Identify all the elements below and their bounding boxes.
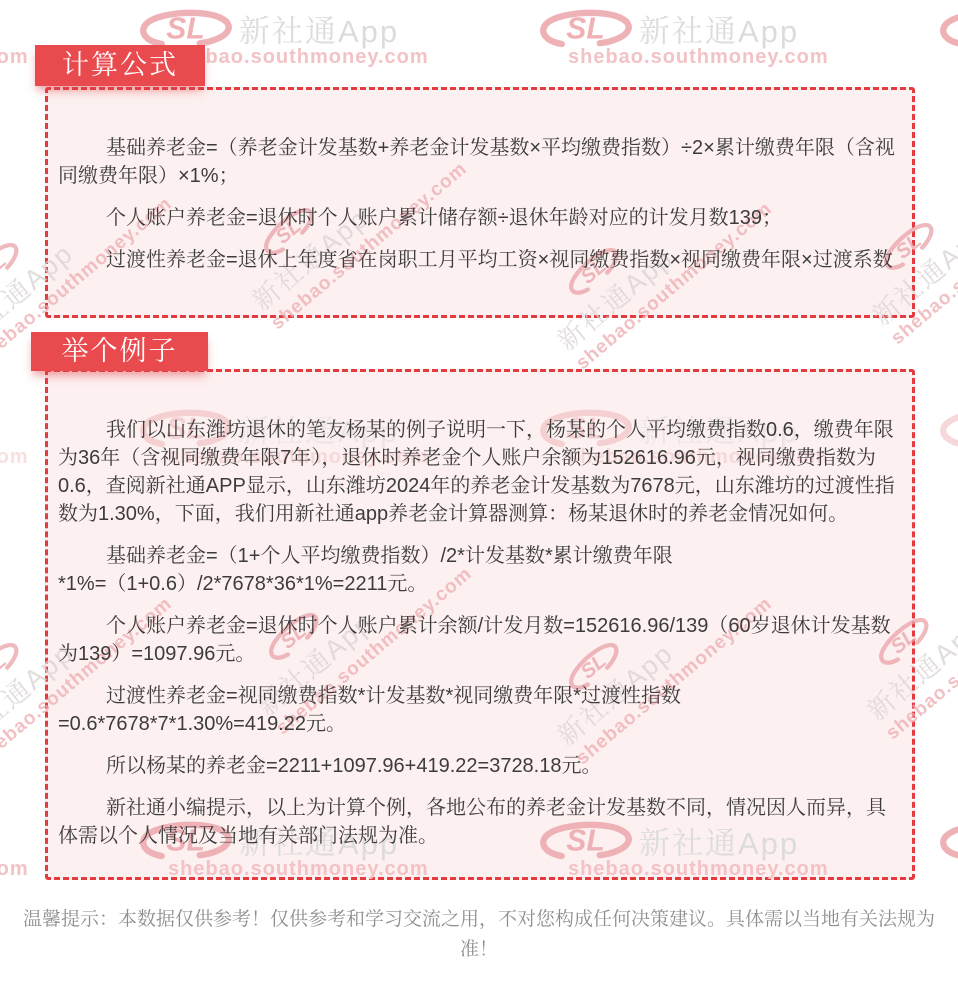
- example-transitional-calc: 过渡性养老金=视同缴费指数*计发基数*视同缴费年限*过渡性指数 =0.6*767…: [58, 682, 902, 738]
- section-badge-example: 举个例子: [31, 332, 208, 371]
- formula-box: 基础养老金=（养老金计发基数+养老金计发基数×平均缴费指数）÷2×累计缴费年限（…: [45, 87, 915, 318]
- brand-logo-icon: SL: [938, 409, 958, 449]
- watermark-brand-text: 新社通App: [639, 6, 799, 51]
- watermark-url-text: shebao.southmoney.com: [0, 446, 48, 469]
- watermark-horizontal: SL新社通Appshebao.southmoney.com: [0, 406, 48, 469]
- formula-transitional: 过渡性养老金=退休上年度省在岗职工月平均工资×视同缴费指数×视同缴费年限×过渡系…: [58, 246, 902, 274]
- brand-logo-icon: SL: [138, 9, 233, 49]
- watermark-horizontal: SL新社通Appshebao.southmoney.com: [0, 818, 48, 881]
- brand-logo-icon: SL: [0, 236, 27, 298]
- example-intro: 我们以山东潍坊退休的笔友杨某的例子说明一下，杨某的个人平均缴费指数0.6，缴费年…: [58, 416, 902, 528]
- brand-logo-letters: SL: [0, 650, 11, 683]
- example-personal-account-calc: 个人账户养老金=退休时个人账户累计余额/计发月数=152616.96/139（6…: [58, 612, 902, 668]
- example-editor-note: 新社通小编提示，以上为计算个例，各地公布的养老金计发基数不同，情况因人而异，具体…: [58, 794, 902, 850]
- brand-logo-letters: SL: [166, 12, 204, 45]
- section-badge-formula: 计算公式: [35, 45, 205, 86]
- watermark-url-text: shebao.southmoney.com: [0, 858, 48, 881]
- formula-basic-pension: 基础养老金=（养老金计发基数+养老金计发基数×平均缴费指数）÷2×累计缴费年限（…: [58, 134, 902, 190]
- brand-logo-letters: SL: [566, 12, 604, 45]
- brand-logo-icon: SL: [0, 636, 27, 698]
- pension-article-page: SL新社通Appshebao.southmoney.comSL新社通Appshe…: [0, 0, 958, 993]
- example-box: 我们以山东潍坊退休的笔友杨某的例子说明一下，杨某的个人平均缴费指数0.6，缴费年…: [45, 369, 915, 880]
- brand-logo-icon: SL: [938, 9, 958, 49]
- watermark-url-text: shebao.southmoney.com: [568, 46, 848, 69]
- formula-personal-account: 个人账户养老金=退休时个人账户累计储存额÷退休年龄对应的计发月数139；: [58, 204, 902, 232]
- watermark-horizontal: SL新社通Appshebao.southmoney.com: [538, 6, 848, 69]
- brand-logo-letters: SL: [0, 250, 11, 283]
- watermark-horizontal: SL新社通Appshebao.southmoney.com: [938, 406, 958, 469]
- watermark-url-text: shebao.southmoney.com: [168, 46, 448, 69]
- watermark-horizontal: SL新社通Appshebao.southmoney.com: [938, 818, 958, 881]
- watermark-horizontal: SL新社通Appshebao.southmoney.com: [938, 6, 958, 69]
- example-total-pension: 所以杨某的养老金=2211+1097.96+419.22=3728.18元。: [58, 752, 902, 780]
- example-basic-pension-calc: 基础养老金=（1+个人平均缴费指数）/2*计发基数*累计缴费年限 *1%=（1+…: [58, 542, 902, 598]
- brand-logo-icon: SL: [538, 9, 633, 49]
- footer-disclaimer: 温馨提示：本数据仅供参考！仅供参考和学习交流之用，不对您构成任何决策建议。具体需…: [0, 905, 958, 965]
- watermark-brand-text: 新社通App: [239, 6, 399, 51]
- brand-logo-icon: SL: [938, 821, 958, 861]
